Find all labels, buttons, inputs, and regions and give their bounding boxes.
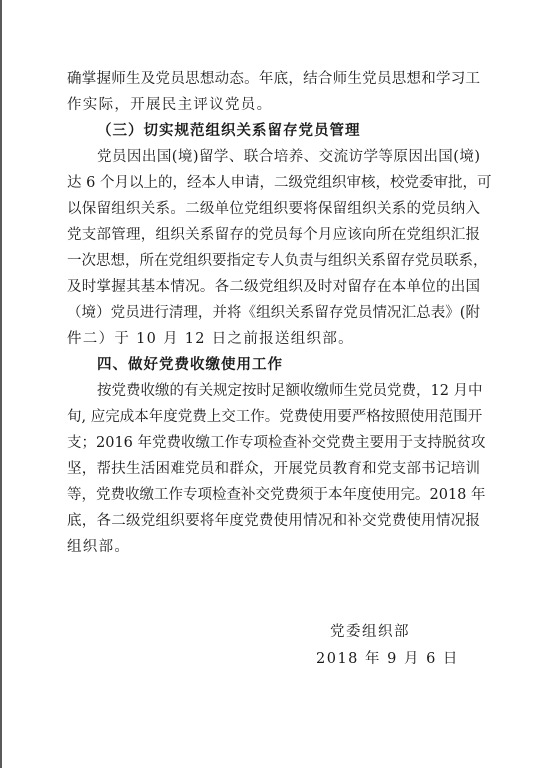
text-line: 件二）于 10 月 12 日之前报送组织部。 — [67, 326, 487, 352]
signature-date: 2018 年 9 月 6 日 — [316, 647, 459, 668]
text-line: 底，各二级党组织要将年度党费使用情况和补交党费使用情况报 — [67, 508, 480, 534]
text-line: 党支部管理，组织关系留存的党员每个月应该向所在党组织汇报 — [67, 222, 480, 248]
text-line: 组织部。 — [67, 534, 487, 560]
text-line: 及时掌握其基本情况。各二级党组织及时对留存在本单位的出国 — [67, 274, 480, 300]
text-line: 等，党费收缴工作专项检查补交党费须于本年度使用完。2018 年 — [67, 482, 480, 508]
text-line: 达 6 个月以上的，经本人申请，二级党组织审核，校党委审批，可 — [67, 170, 480, 196]
document-page: 确掌握师生及党员思想动态。年底，结合师生党员思想和学习工 作实际，开展民主评议党… — [67, 66, 487, 560]
signature-organization: 党委组织部 — [330, 620, 410, 641]
text-line: 支；2016 年党费收缴工作专项检查补交党费主要用于支持脱贫攻 — [67, 430, 480, 456]
text-line: （境）党员进行清理，并将《组织关系留存党员情况汇总表》(附 — [67, 300, 480, 326]
text-line: 党员因出国(境)留学、联合培养、交流访学等原因出国(境) — [67, 144, 480, 170]
text-line: 作实际，开展民主评议党员。 — [67, 92, 487, 118]
text-line: 一次思想，所在党组织要指定专人负责与组织关系留存党员联系， — [67, 248, 480, 274]
section-3: （三）切实规范组织关系留存党员管理 党员因出国(境)留学、联合培养、交流访学等原… — [67, 118, 487, 352]
text-line: 以保留组织关系。二级单位党组织要将保留组织关系的党员纳入 — [67, 196, 480, 222]
text-line: 坚，帮扶生活困难党员和群众，开展党员教育和党支部书记培训 — [67, 456, 480, 482]
section-4-heading: 四、做好党费收缴使用工作 — [67, 352, 487, 378]
text-line: 确掌握师生及党员思想动态。年底，结合师生党员思想和学习工 — [67, 66, 480, 92]
page-edge-border — [0, 0, 2, 768]
section-3-heading: （三）切实规范组织关系留存党员管理 — [67, 118, 487, 144]
paragraph-continuation: 确掌握师生及党员思想动态。年底，结合师生党员思想和学习工 作实际，开展民主评议党… — [67, 66, 487, 118]
text-line: 按党费收缴的有关规定按时足额收缴师生党员党费，12 月中 — [67, 378, 480, 404]
text-line: 旬, 应完成本年度党费上交工作。党费使用要严格按照使用范围开 — [67, 404, 480, 430]
section-4: 四、做好党费收缴使用工作 按党费收缴的有关规定按时足额收缴师生党员党费，12 月… — [67, 352, 487, 560]
